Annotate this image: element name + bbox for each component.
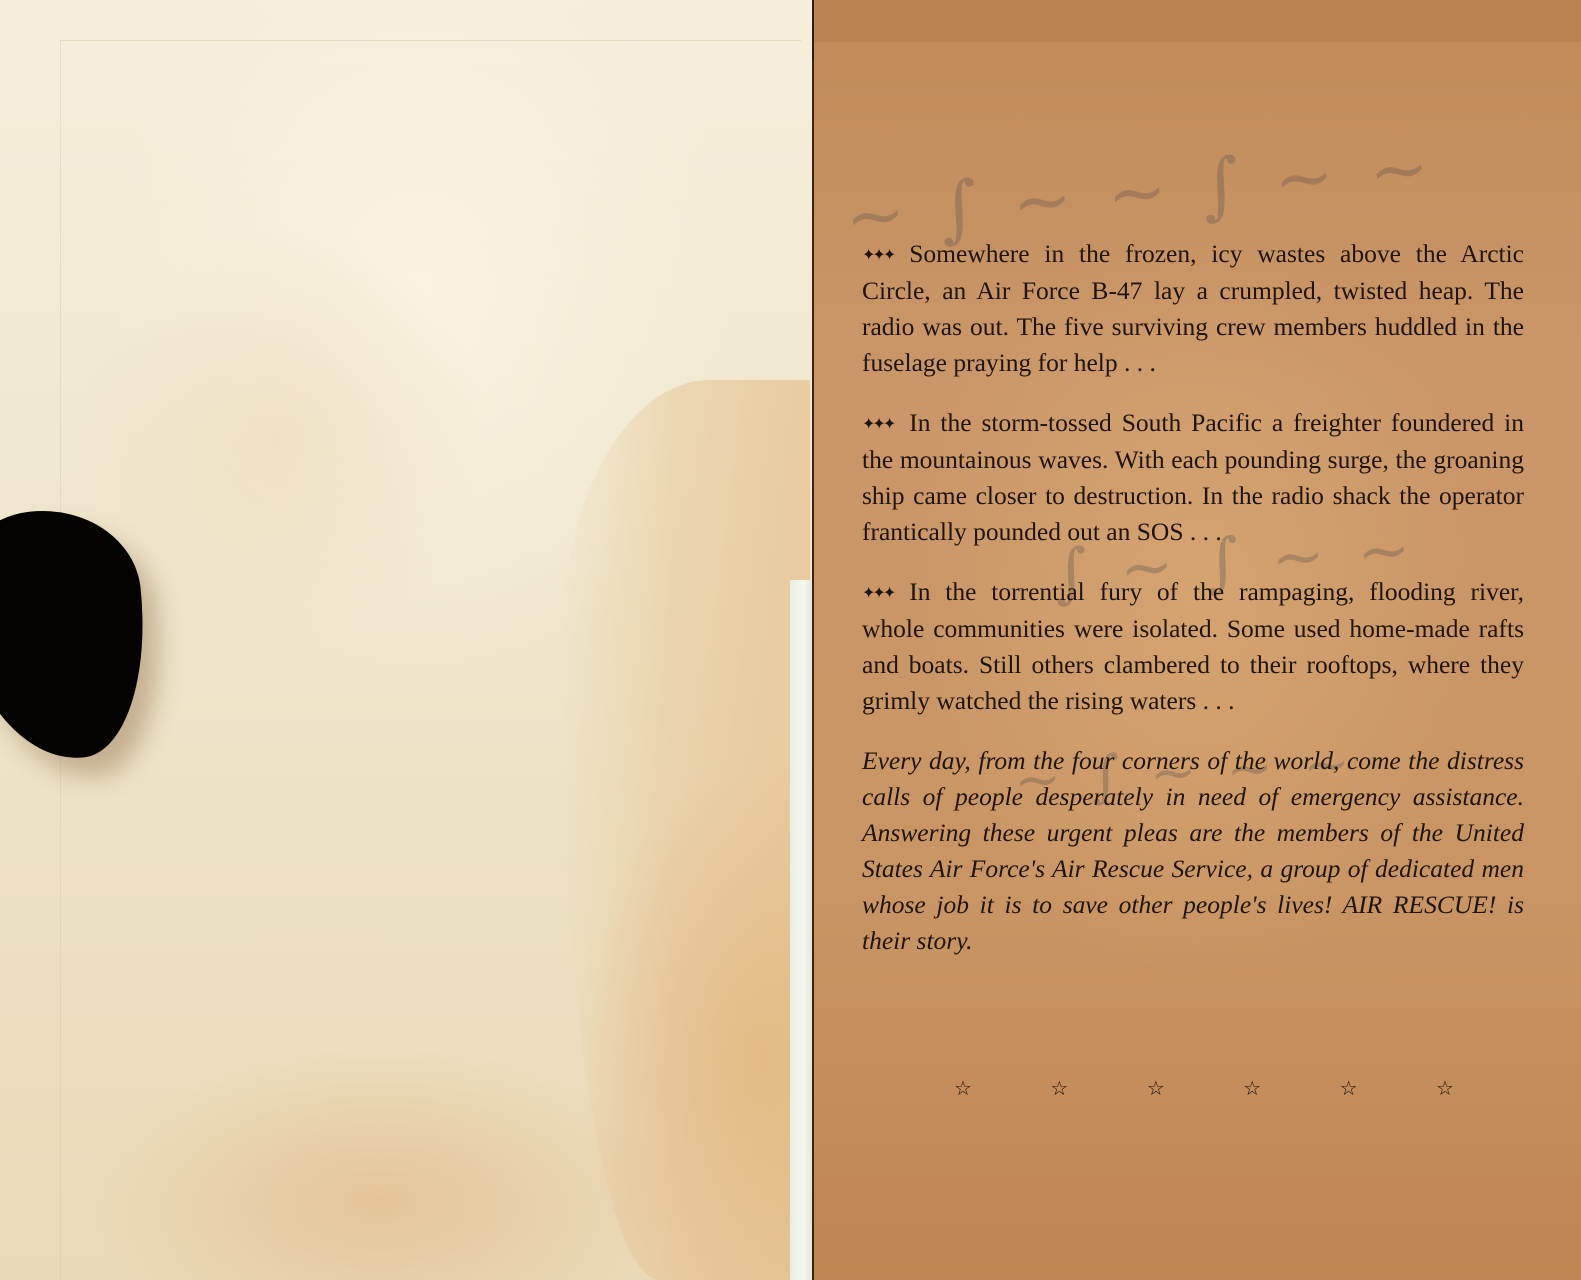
page-text: ✦✦✦Somewhere in the frozen, icy wastes a… [862, 236, 1524, 983]
star-icon: ☆ [1243, 1076, 1261, 1100]
star-icon: ☆ [954, 1076, 972, 1100]
page-top-edge [814, 0, 1581, 42]
triple-star-ornament-icon: ✦✦✦ [862, 583, 893, 602]
right-printed-page: ~ ∫ ~ ~ ∫ ~ ~ ∫ ~ ∫ ~ ~ ~ ∫ ~ ~ ~ ✦✦✦Som… [814, 0, 1581, 1280]
star-divider: ☆ ☆ ☆ ☆ ☆ ☆ [954, 1076, 1454, 1100]
star-icon: ☆ [1147, 1076, 1165, 1100]
paragraph-text: In the torrential fury of the rampaging,… [862, 577, 1524, 715]
paragraph-arctic: ✦✦✦Somewhere in the frozen, icy wastes a… [862, 236, 1524, 381]
star-icon: ☆ [1050, 1076, 1068, 1100]
star-icon: ☆ [1340, 1076, 1358, 1100]
triple-star-ornament-icon: ✦✦✦ [862, 245, 893, 264]
water-stain [560, 380, 810, 1280]
paragraph-text: Somewhere in the frozen, icy wastes abov… [862, 239, 1524, 377]
paragraph-pacific: ✦✦✦In the storm-tossed South Pacific a f… [862, 405, 1524, 550]
paragraph-text: In the storm-tossed South Pacific a frei… [862, 408, 1524, 546]
closing-paragraph: Every day, from the four corners of the … [862, 743, 1524, 959]
book-spread: ~ ∫ ~ ~ ∫ ~ ~ ∫ ~ ∫ ~ ~ ~ ∫ ~ ~ ~ ✦✦✦Som… [0, 0, 1581, 1280]
star-icon: ☆ [1436, 1076, 1454, 1100]
paragraph-flood: ✦✦✦In the torrential fury of the rampagi… [862, 574, 1524, 719]
left-blank-page [0, 0, 812, 1280]
triple-star-ornament-icon: ✦✦✦ [862, 414, 893, 433]
